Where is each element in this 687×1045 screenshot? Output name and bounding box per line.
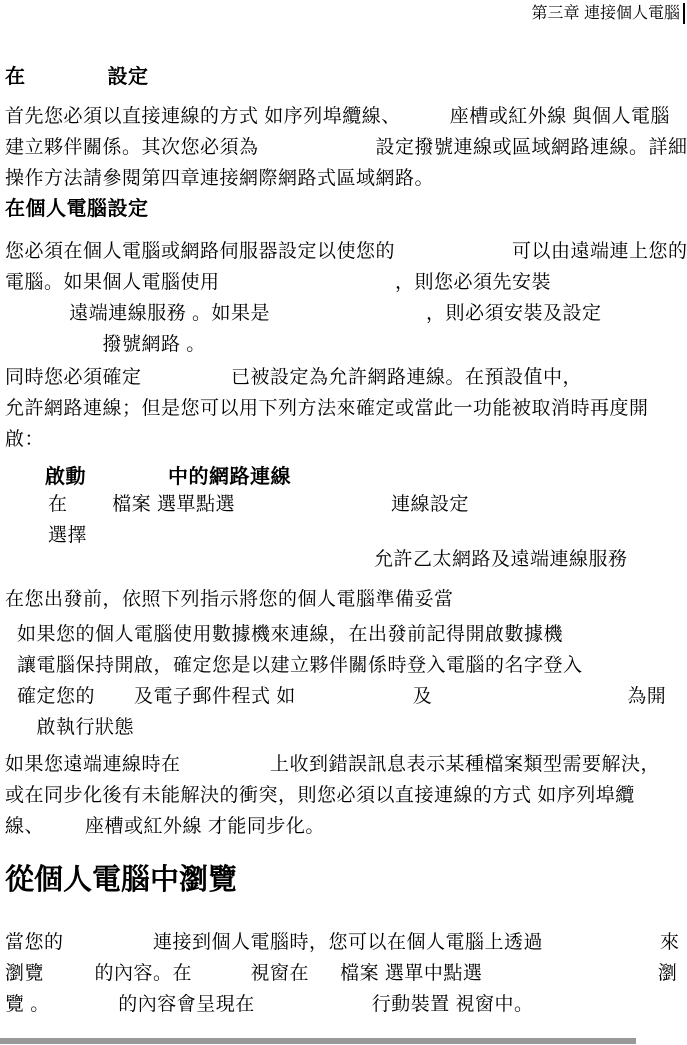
paragraph-pc-setup-line: 電腦。如果個人電腦使用 ，則您必須先安裝 (5, 267, 551, 298)
paragraph-pc-setup-line: 撥號網路 。 (5, 329, 206, 360)
paragraph-confirm-line: 允許網路連線；但是您可以用下列方法來確定或當此一功能被取消時再度開 (5, 393, 649, 424)
paragraph-setup-line: 首先您必須以直接連線的方式 如序列埠纜線、 座槽或紅外線 與個人電腦 (5, 101, 670, 132)
paragraph-pc-setup-line: 遠端連線服務 。如果是 ，則必須安裝及設定 (5, 298, 602, 329)
paragraph-setup-line: 建立夥伴關係。其次您必須為 設定撥號連線或區域網路連線。詳細 (5, 132, 687, 163)
prepare-list-line: 啟執行狀態 (17, 712, 134, 743)
prepare-list-line: 讓電腦保持開啟，確定您是以建立夥伴關係時登入電腦的名字登入 (17, 650, 583, 681)
prepare-list-line: 確定您的 及電子郵件程式 如 及 為開 (17, 681, 666, 712)
list-step-line: 選擇 (48, 520, 87, 551)
page-edge-rule (683, 3, 685, 24)
list-step-line: 在 檔案 選單點選 連線設定 (48, 489, 469, 520)
paragraph-remote-error-line: 或在同步化後有未能解決的衝突，則您必須以直接連線的方式 如序列埠纜 (5, 780, 635, 811)
chapter-header: 第三章 連接個人電腦 (532, 2, 680, 26)
paragraph-browse-line: 當您的 連接到個人電腦時，您可以在個人電腦上透過 來 (5, 927, 680, 958)
section-heading-browse: 從個人電腦中瀏覽 (5, 860, 237, 900)
paragraph-pc-setup-line: 您必須在個人電腦或網路伺服器設定以使您的 可以由遠端連上您的 (5, 236, 687, 267)
paragraph-confirm-line: 啟： (5, 424, 44, 455)
paragraph-remote-error-line: 如果您遠端連線時在 上收到錯誤訊息表示某種檔案類型需要解決， (5, 749, 660, 780)
prepare-list-line: 如果您的個人電腦使用數據機來連線，在出發前記得開啟數據機 (17, 619, 563, 650)
paragraph-remote-error-line: 線、 座槽或紅外線 才能同步化。 (5, 811, 325, 842)
section-heading-pc-setup: 在個人電腦設定 (5, 194, 149, 225)
paragraph-setup-line: 操作方法請參閱第四章連接網際網路式區域網路。 (5, 163, 434, 194)
paragraph-browse-line: 瀏覽 的內容。在 視窗在 檔案 選單中點選 瀏 (5, 958, 677, 989)
section-heading-setup: 在 設定 (5, 62, 149, 93)
list-option-line: 允許乙太網路及遠端連線服務 (374, 544, 628, 575)
footer-divider-bar (0, 1038, 636, 1044)
paragraph-before-leave: 在您出發前，依照下列指示將您的個人電腦準備妥當 (5, 584, 454, 615)
paragraph-browse-line: 覽 。 的內容會呈現在 行動裝置 視窗中。 (5, 989, 534, 1020)
paragraph-confirm-line: 同時您必須確定 已被設定為允許網路連線。在預設值中， (5, 362, 582, 393)
